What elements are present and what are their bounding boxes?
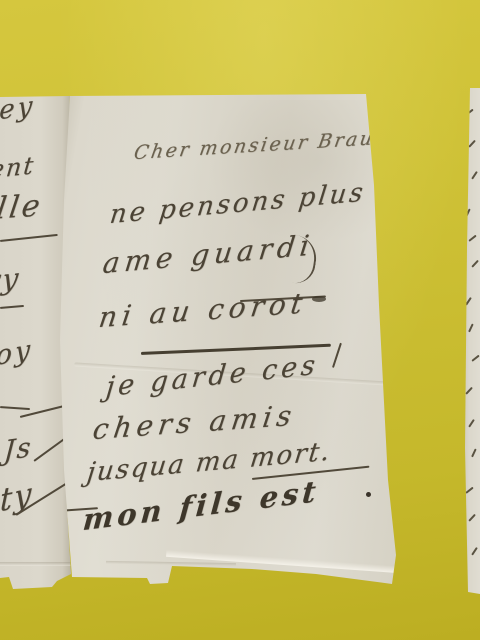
ink-flourish bbox=[332, 343, 342, 368]
torn-edge-highlight bbox=[166, 550, 401, 573]
ink-flourish bbox=[0, 305, 24, 309]
ink-flourish bbox=[0, 234, 58, 242]
ink-mark bbox=[468, 140, 476, 148]
ink-mark bbox=[471, 260, 479, 268]
letter-line: ame guardi bbox=[101, 231, 315, 278]
letter-photograph: tey ent elle ry voy Js ty Cher monsieur … bbox=[0, 0, 480, 640]
ink-blot bbox=[366, 492, 371, 497]
salutation-line: Cher monsieur Braun bbox=[132, 128, 390, 163]
ink-mark bbox=[471, 355, 479, 362]
ink-flourish bbox=[0, 406, 30, 410]
paper-crease bbox=[0, 562, 72, 566]
ink-mark bbox=[465, 487, 473, 494]
page-fragment: ty bbox=[0, 478, 34, 517]
ink-blot bbox=[312, 296, 326, 302]
ink-mark bbox=[468, 419, 475, 428]
letter-line: chers amis bbox=[91, 402, 298, 445]
page-fragment: voy bbox=[0, 336, 33, 373]
page-fragment: elle bbox=[0, 191, 45, 226]
ink-mark bbox=[465, 387, 473, 395]
page-fragment: Js bbox=[3, 434, 33, 466]
ink-mark bbox=[471, 171, 478, 180]
letter-line: mon fils est bbox=[82, 477, 321, 536]
ink-mark bbox=[468, 235, 476, 242]
page-fragment: ent bbox=[0, 153, 36, 182]
ink-mark bbox=[465, 208, 471, 217]
letter-line: je garde ces bbox=[105, 351, 321, 401]
letter-line: ne pensons plus bbox=[108, 179, 367, 228]
ink-mark bbox=[471, 547, 478, 556]
letter-page: Cher monsieur Braun ne pensons plus ame … bbox=[56, 90, 402, 590]
ink-mark bbox=[465, 297, 472, 306]
paper-crease bbox=[196, 100, 396, 250]
ink-mark bbox=[471, 448, 477, 457]
ink-mark bbox=[465, 109, 473, 116]
page-fragment: tey bbox=[0, 94, 36, 126]
letter-line: ni au corot bbox=[97, 289, 309, 332]
ink-mark bbox=[468, 323, 474, 332]
paper-crease bbox=[106, 561, 236, 566]
page-fragment: ry bbox=[0, 264, 23, 296]
ink-mark bbox=[468, 514, 476, 522]
right-page-edge bbox=[460, 88, 480, 600]
